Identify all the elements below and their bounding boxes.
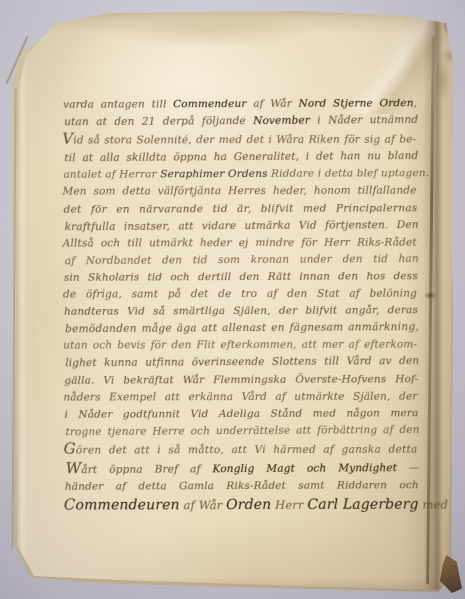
manuscript-line: händer af detta Gamla Riks-Rådet samt Ri… [65, 477, 419, 496]
handwritten-text: bemödanden måge äga att allenast en fägn… [65, 321, 419, 335]
handwritten-text: varda antagen till [63, 98, 173, 110]
handwritten-text: af Wår [180, 498, 226, 512]
emphasized-word: Orden [226, 497, 271, 513]
handwritten-text: trogne tjenare Herre och underrättelse a… [66, 424, 420, 438]
handwritten-text: Riddare i detta blef uptagen. [268, 168, 430, 181]
handwritten-text: händer af detta Gamla Riks-Rådet samt Ri… [65, 479, 419, 493]
handwritten-text: Men som detta välförtjänta Herres heder,… [62, 185, 416, 198]
manuscript-line: nåders Exempel att erkänna Vård af utmär… [63, 388, 417, 406]
manuscript-line: utan at den 21 derpå följande November i… [64, 112, 418, 131]
handwritten-text: Vid så stora Solennité, der med det i Wå… [62, 134, 416, 147]
manuscript-line: antalet af Herrar Seraphimer Ordens Ridd… [63, 166, 417, 185]
manuscript-line: de öfriga, samt på det de tro af den Sta… [63, 286, 417, 304]
handwritten-text: , [414, 97, 418, 109]
manuscript-line: Gören det att i så måtto, att Vi härmed … [64, 439, 418, 459]
handwritten-text: nåders Exempel att erkänna Vård af utmär… [63, 390, 417, 403]
emphasized-word: Nord Stjerne Orden [298, 97, 413, 110]
manuscript-line: Vid så stora Solennité, der med det i Wå… [62, 130, 416, 150]
handwritten-text: i Nåder utnämnd [310, 114, 418, 127]
manuscript-line: lighet kunna utfinna överinseende Slotte… [65, 353, 419, 372]
handwritten-text: kraftfulla insatser, att vidare utmärka … [65, 219, 419, 233]
manuscript-line: bemödanden måge äga att allenast en fägn… [65, 319, 419, 338]
handwritten-text: utan at den 21 derpå följande [64, 115, 253, 128]
manuscript-line: utan och bevis för den Flit efterkommen,… [63, 337, 417, 355]
manuscript-line: af Nordbandet den tid som kronan under d… [65, 251, 419, 270]
manuscript-line: det för en närvarande tid är, blifvit me… [64, 200, 418, 219]
emphasized-word: Konglig Magt och Myndighet [213, 462, 398, 475]
handwritten-text: det för en närvarande tid är, blifvit me… [64, 202, 418, 216]
manuscript-line: varda antagen till Commendeur af Wår Nor… [63, 95, 417, 114]
handwritten-text: de öfriga, samt på det de tro af den Sta… [63, 288, 417, 301]
handwritten-text: — [397, 462, 420, 474]
handwritten-text: utan och bevis för den Flit efterkommen,… [63, 339, 417, 352]
emphasized-word: Carl Lagerberg [307, 497, 418, 513]
manuscript-line: Wårt öppna Bref af Konglig Magt och Mynd… [66, 458, 420, 479]
photograph: varda antagen till Commendeur af Wår Nor… [0, 0, 465, 599]
handwritten-text: af Nordbandet den tid som kronan under d… [65, 253, 419, 267]
manuscript-line: Alltså och till utmärkt heder ej mindre … [63, 234, 417, 252]
manuscript-line: til at alla skilldta öppna ha Generalite… [64, 148, 418, 167]
emphasized-word: Commendeuren [64, 497, 180, 513]
handwritten-text: Herr [271, 498, 307, 512]
handwritten-text: handteras Vid så smärtliga Själen, der b… [64, 304, 418, 318]
handwritten-text: Gören det att i så måtto, att Vi härmed … [64, 443, 418, 456]
manuscript-line: sin Skholaris tid och dertill den Rätt i… [64, 268, 418, 287]
emphasized-word: Commendeur [173, 98, 247, 110]
ink-stain-top-right [420, 14, 465, 134]
handwritten-text: med [419, 498, 448, 512]
manuscript-page: varda antagen till Commendeur af Wår Nor… [0, 0, 465, 599]
handwritten-text: sin Skholaris tid och dertill den Rätt i… [64, 270, 418, 284]
manuscript-line: kraftfulla insatser, att vidare utmärka … [65, 217, 419, 236]
handwritten-text: til at alla skilldta öppna ha Generalite… [64, 150, 418, 164]
manuscript-line: Men som detta välförtjänta Herres heder,… [62, 183, 416, 201]
manuscript-line: i Nåder godtfunnit Vid Adeliga Stånd med… [64, 405, 418, 424]
handwritten-text: antalet af Herrar [63, 169, 160, 181]
manuscript-line: Commendeuren af Wår Orden Herr Carl Lage… [64, 496, 418, 515]
handwritten-text: gälla. Vi bekräftat Wår Flemmingska Över… [64, 373, 418, 387]
manuscript-line: gälla. Vi bekräftat Wår Flemmingska Över… [64, 371, 418, 390]
manuscript-line: handteras Vid så smärtliga Själen, der b… [64, 302, 418, 321]
emphasized-word: November [253, 115, 310, 127]
handwritten-text: Alltså och till utmärkt heder ej mindre … [63, 236, 417, 249]
manuscript-text: varda antagen till Commendeur af Wår Nor… [63, 95, 419, 515]
manuscript-line: trogne tjenare Herre och underrättelse a… [65, 422, 419, 441]
handwritten-text: i Nåder godtfunnit Vid Adeliga Stånd med… [64, 407, 418, 421]
handwritten-text: af Wår [247, 98, 299, 110]
handwritten-text: Wårt öppna Bref af [66, 463, 213, 476]
emphasized-word: Seraphimer Ordens [160, 168, 267, 180]
handwritten-text: lighet kunna utfinna överinseende Slotte… [65, 355, 419, 369]
fold-nick [424, 292, 436, 299]
